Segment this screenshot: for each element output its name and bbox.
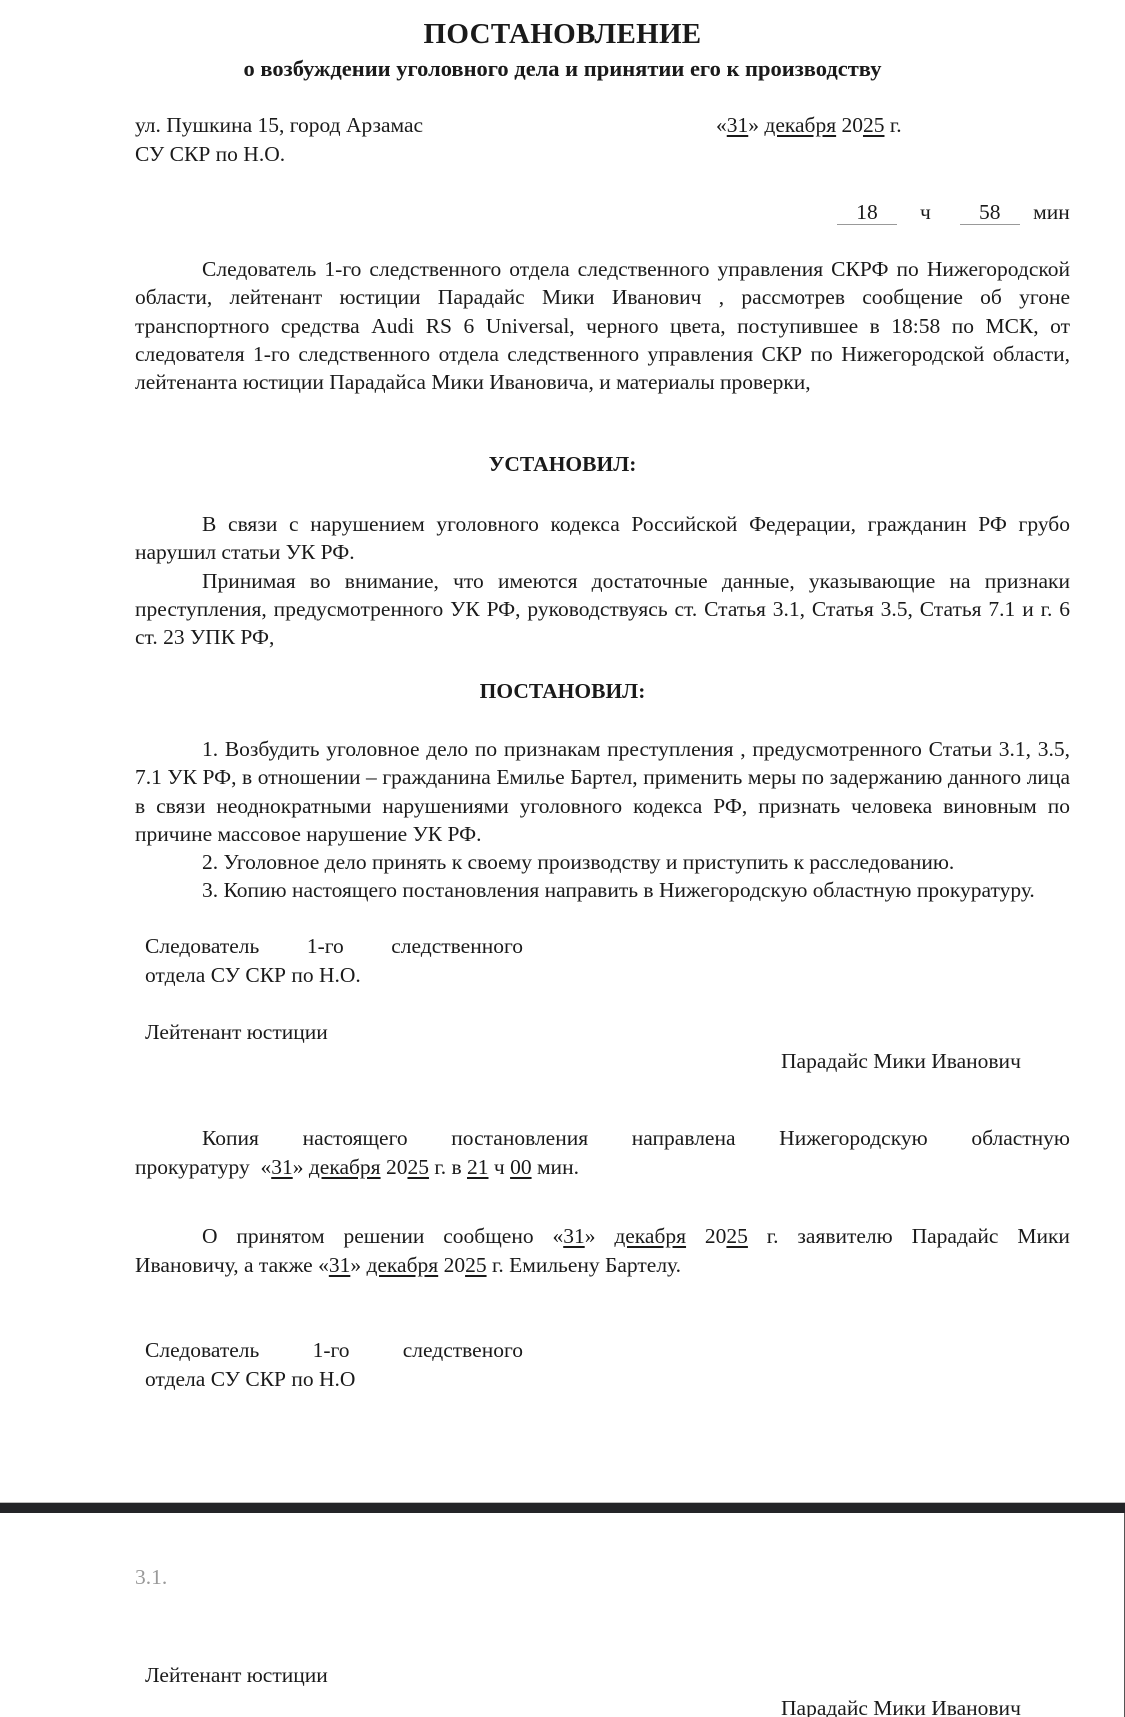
date-month: декабря bbox=[366, 1253, 438, 1277]
resolved-item: 2. Уголовное дело принять к своему произ… bbox=[135, 848, 1070, 876]
notification-part: заявителю bbox=[797, 1222, 892, 1251]
notification-part: О bbox=[202, 1222, 218, 1251]
position-word: Следователь bbox=[145, 1336, 259, 1365]
time-hours: 21 bbox=[467, 1155, 489, 1179]
year-prefix: 20 bbox=[386, 1155, 408, 1179]
year-prefix: 20 bbox=[444, 1253, 466, 1277]
established-section: В связи с нарушением уголовного кодекса … bbox=[135, 510, 1070, 651]
time-hours-label: ч bbox=[902, 198, 948, 227]
date-year: 2025 bbox=[705, 1222, 748, 1251]
quote-open: « bbox=[260, 1155, 271, 1179]
position-word: следственного bbox=[391, 932, 523, 961]
position-word: следственого bbox=[403, 1336, 523, 1365]
date-day: 31 bbox=[563, 1224, 585, 1248]
date-year: 2025 bbox=[841, 113, 884, 137]
footnote-ref: 3.1. bbox=[135, 1563, 167, 1592]
notification-part: решении bbox=[343, 1222, 424, 1251]
document-subtitle: о возбуждении уголовного дела и принятии… bbox=[0, 56, 1125, 82]
established-paragraph: В связи с нарушением уголовного кодекса … bbox=[135, 510, 1070, 567]
copy-sent-line2: прокуратуру «31» декабря 2025 г. в 21 ч … bbox=[135, 1153, 579, 1182]
resolved-heading: ПОСТАНОВИЛ: bbox=[0, 679, 1125, 704]
notification-line2: Ивановичу, а также «31» декабря 2025 г. … bbox=[135, 1251, 681, 1280]
established-heading: УСТАНОВИЛ: bbox=[0, 452, 1125, 477]
page2-rank: Лейтенант юстиции bbox=[145, 1661, 328, 1690]
quote-open: « bbox=[716, 113, 727, 137]
year-mark: г. bbox=[890, 113, 902, 137]
date-day: 31 bbox=[727, 113, 749, 137]
notification-part: г. bbox=[767, 1222, 779, 1251]
notification-prefix: Ивановичу, а также « bbox=[135, 1253, 329, 1277]
year-suffix: 25 bbox=[407, 1155, 429, 1179]
copy-prefix: прокуратуру bbox=[135, 1155, 250, 1179]
intro-section: Следователь 1-го следственного отдела сл… bbox=[135, 255, 1070, 396]
signature-2-position-line2: отдела СУ СКР по Н.О bbox=[145, 1365, 355, 1394]
date-year: 2025 bbox=[386, 1155, 429, 1179]
time-minutes-label: мин bbox=[1033, 200, 1070, 224]
date-day: 31 bbox=[329, 1253, 351, 1277]
quote-close: » bbox=[293, 1155, 304, 1179]
resolved-section: 1. Возбудить уголовное дело по признакам… bbox=[135, 735, 1070, 905]
header-time: 18 ч 58 мин bbox=[837, 198, 1070, 227]
document-page-1: ПОСТАНОВЛЕНИЕ о возбуждении уголовного д… bbox=[0, 0, 1125, 1502]
date-year: 2025 bbox=[444, 1253, 487, 1277]
year-prefix: 20 bbox=[705, 1224, 727, 1248]
signature-1-position-line2: отдела СУ СКР по Н.О. bbox=[145, 961, 361, 990]
resolved-item: 3. Копию настоящего постановления направ… bbox=[135, 876, 1070, 904]
date-month: декабря bbox=[309, 1155, 381, 1179]
notification-part: Парадайс bbox=[912, 1222, 999, 1251]
signature-2-position-line1: Следователь 1-го следственого bbox=[145, 1336, 523, 1365]
year-suffix: 25 bbox=[465, 1253, 487, 1277]
signature-1-name: Парадайс Мики Иванович bbox=[781, 1047, 1021, 1076]
date-day: 31 bbox=[271, 1155, 293, 1179]
time-hours: 18 bbox=[837, 200, 897, 225]
header-date: «31» декабря 2025 г. bbox=[716, 111, 902, 140]
year-prefix: 20 bbox=[841, 113, 863, 137]
established-paragraph: Принимая во внимание, что имеются достат… bbox=[135, 567, 1070, 652]
notification-part: принятом bbox=[236, 1222, 324, 1251]
position-word: 1-го bbox=[313, 1336, 350, 1365]
page2-name: Парадайс Мики Иванович bbox=[781, 1694, 1021, 1717]
year-mark: г. в bbox=[434, 1155, 461, 1179]
resolved-item: 1. Возбудить уголовное дело по признакам… bbox=[135, 735, 1070, 848]
header-address: ул. Пушкина 15, город Арзамас bbox=[135, 111, 423, 140]
notification-part: Мики bbox=[1017, 1222, 1070, 1251]
time-minutes: 00 bbox=[510, 1155, 532, 1179]
position-word: 1-го bbox=[307, 932, 344, 961]
date-month: декабря bbox=[614, 1222, 686, 1251]
position-word: Следователь bbox=[145, 932, 259, 961]
quote-close: » bbox=[585, 1224, 596, 1248]
time-minutes: 58 bbox=[960, 200, 1020, 225]
time-minutes-label: мин. bbox=[537, 1155, 579, 1179]
time-hours-label: ч bbox=[494, 1155, 505, 1179]
signature-1-rank: Лейтенант юстиции bbox=[145, 1018, 328, 1047]
notification-date-1: «31» bbox=[552, 1222, 595, 1251]
document-title: ПОСТАНОВЛЕНИЕ bbox=[0, 18, 1125, 51]
notification-part: сообщено bbox=[443, 1222, 533, 1251]
quote-close: » bbox=[350, 1253, 361, 1277]
date-month: декабря bbox=[764, 113, 836, 137]
notification-suffix: г. Емильену Бартелу. bbox=[492, 1253, 681, 1277]
year-suffix: 25 bbox=[863, 113, 885, 137]
quote-close: » bbox=[748, 113, 759, 137]
document-page-2: 3.1. Лейтенант юстиции Парадайс Мики Ива… bbox=[0, 1513, 1125, 1717]
intro-paragraph: Следователь 1-го следственного отдела сл… bbox=[135, 255, 1070, 396]
copy-sent-section: Копия настоящего постановления направлен… bbox=[135, 1124, 1070, 1152]
year-suffix: 25 bbox=[726, 1224, 748, 1248]
signature-1-position-line1: Следователь 1-го следственного bbox=[145, 932, 523, 961]
header-org: СУ СКР по Н.О. bbox=[135, 140, 285, 169]
notification-line1: О принятом решении сообщено «31» декабря… bbox=[135, 1222, 1070, 1251]
copy-sent-line1: Копия настоящего постановления направлен… bbox=[135, 1124, 1070, 1152]
